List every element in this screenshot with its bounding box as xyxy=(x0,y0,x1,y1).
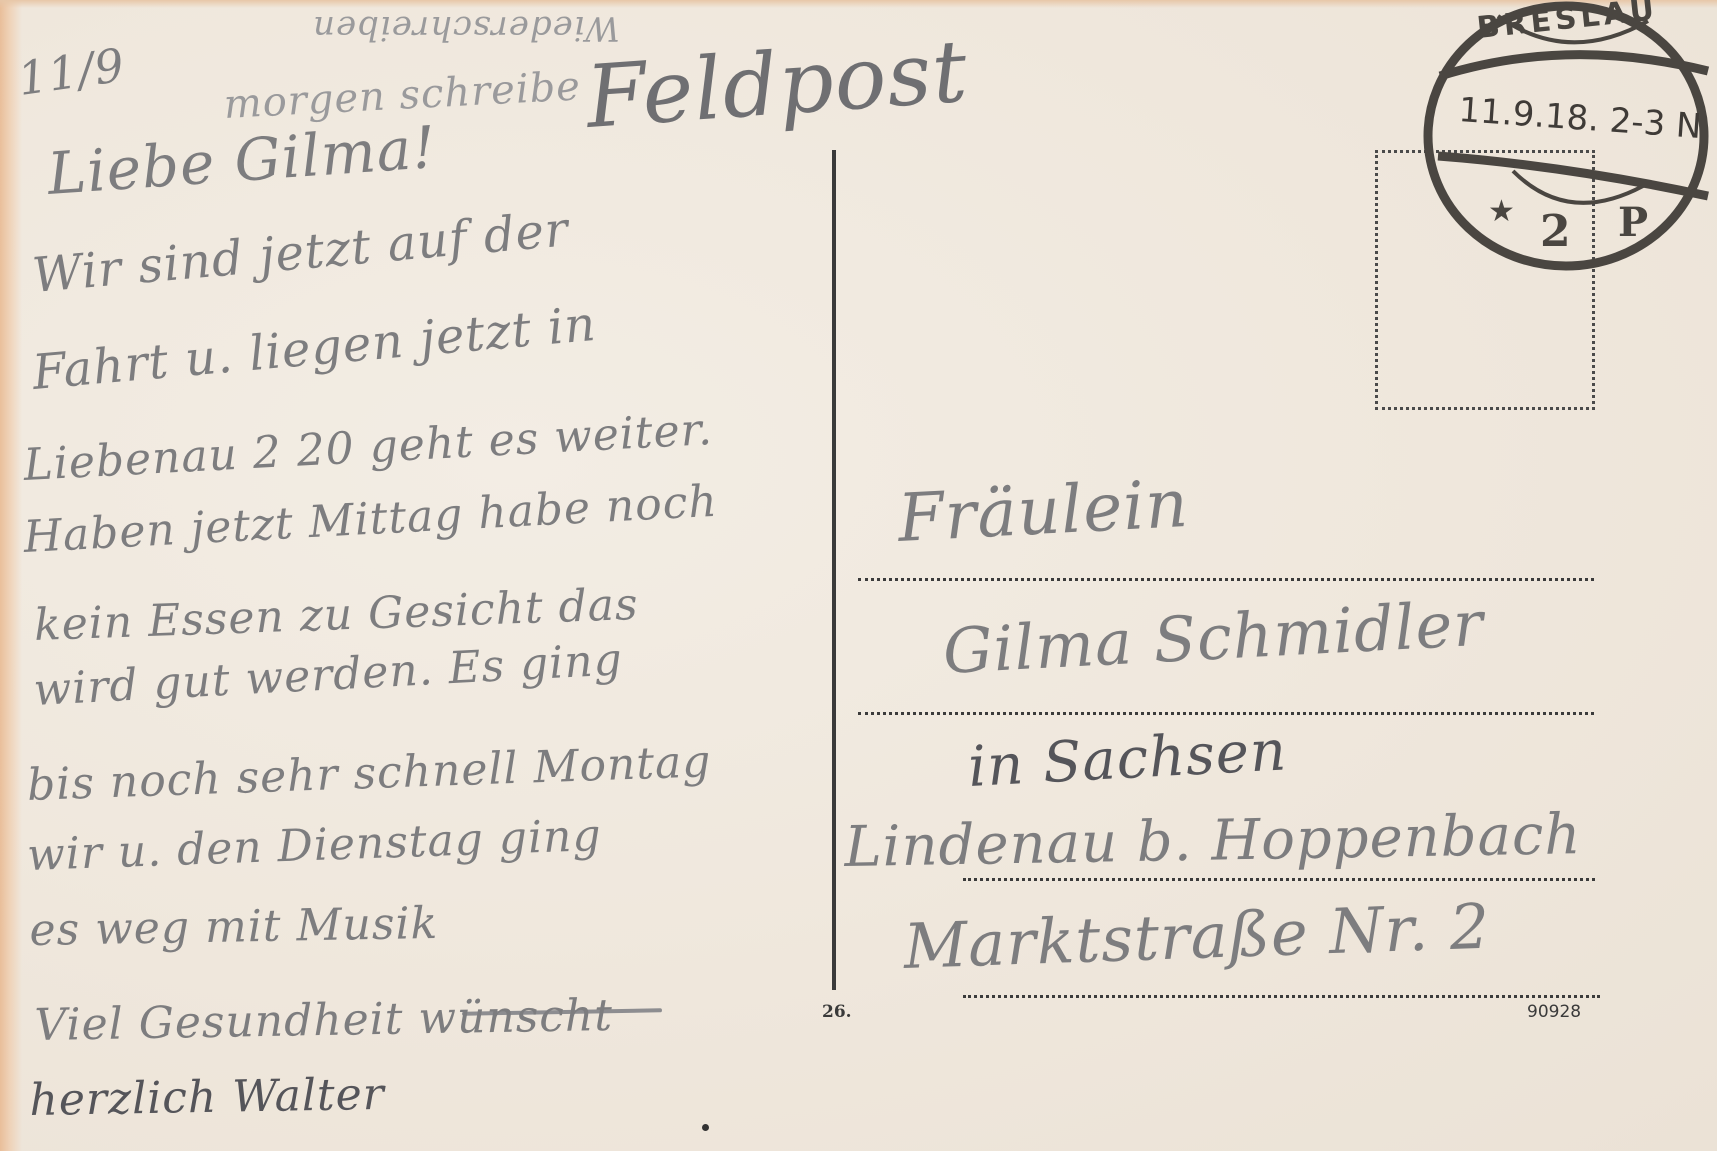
svg-text:11.9.18. 2-3 N: 11.9.18. 2-3 N xyxy=(1457,90,1702,147)
message-line: Viel Gesundheit wünscht xyxy=(34,990,613,1051)
message-line: Fahrt u. liegen jetzt in xyxy=(30,296,598,401)
date-note: 11/9 xyxy=(14,38,128,106)
postmark-breslau: BRESLAU 11.9.18. 2-3 N ★ 2 P xyxy=(1418,0,1714,286)
address-dotted-line-4 xyxy=(963,995,1600,998)
address-line-salutation: Fräulein xyxy=(896,465,1191,557)
message-salutation: Liebe Gilma! xyxy=(45,113,438,208)
edge-stain xyxy=(0,0,22,1151)
address-line-town: Lindenau b. Hoppenbach xyxy=(844,802,1582,880)
svg-text:2: 2 xyxy=(1540,206,1571,257)
svg-text:★: ★ xyxy=(1488,194,1515,229)
upside-down-note: Wiederschreiben xyxy=(330,8,620,48)
card-number-left: 26. xyxy=(822,1002,852,1022)
postmark-icon: BRESLAU 11.9.18. 2-3 N ★ 2 P xyxy=(1418,0,1714,286)
message-line-text: es weg mit Musik xyxy=(29,898,438,956)
message-line: Haben jetzt Mittag habe noch xyxy=(22,476,719,563)
message-line: Liebenau 2 20 geht es weiter. xyxy=(22,404,714,491)
address-line-name: Gilma Schmidler xyxy=(941,587,1485,688)
feldpost-label: Feldpost xyxy=(583,22,971,148)
address-dotted-line-1 xyxy=(858,578,1594,581)
address-dotted-line-2 xyxy=(858,712,1594,715)
message-line: es weg mit Musik xyxy=(29,898,438,956)
address-line-street: Marktstraße Nr. 2 xyxy=(902,890,1491,983)
svg-text:P: P xyxy=(1618,199,1648,246)
message-signature: herzlich Walter xyxy=(29,1069,385,1126)
postcard: 11/9 Wiederschreiben morgen schreibe Fel… xyxy=(0,0,1717,1151)
message-line: Wir sind jetzt auf der xyxy=(30,201,571,304)
upside-down-note-line1: Wiederschreiben xyxy=(312,8,620,48)
message-line: bis noch sehr schnell Montag xyxy=(26,736,712,811)
svg-text:BRESLAU: BRESLAU xyxy=(1475,0,1660,46)
card-number-right: 90928 xyxy=(1527,1002,1581,1022)
center-divider-line xyxy=(832,150,836,990)
address-line-region: in Sachsen xyxy=(967,718,1289,800)
address-dotted-line-3 xyxy=(963,878,1595,881)
message-line: wir u. den Dienstag ging xyxy=(26,810,602,881)
ink-dot xyxy=(702,1124,709,1131)
